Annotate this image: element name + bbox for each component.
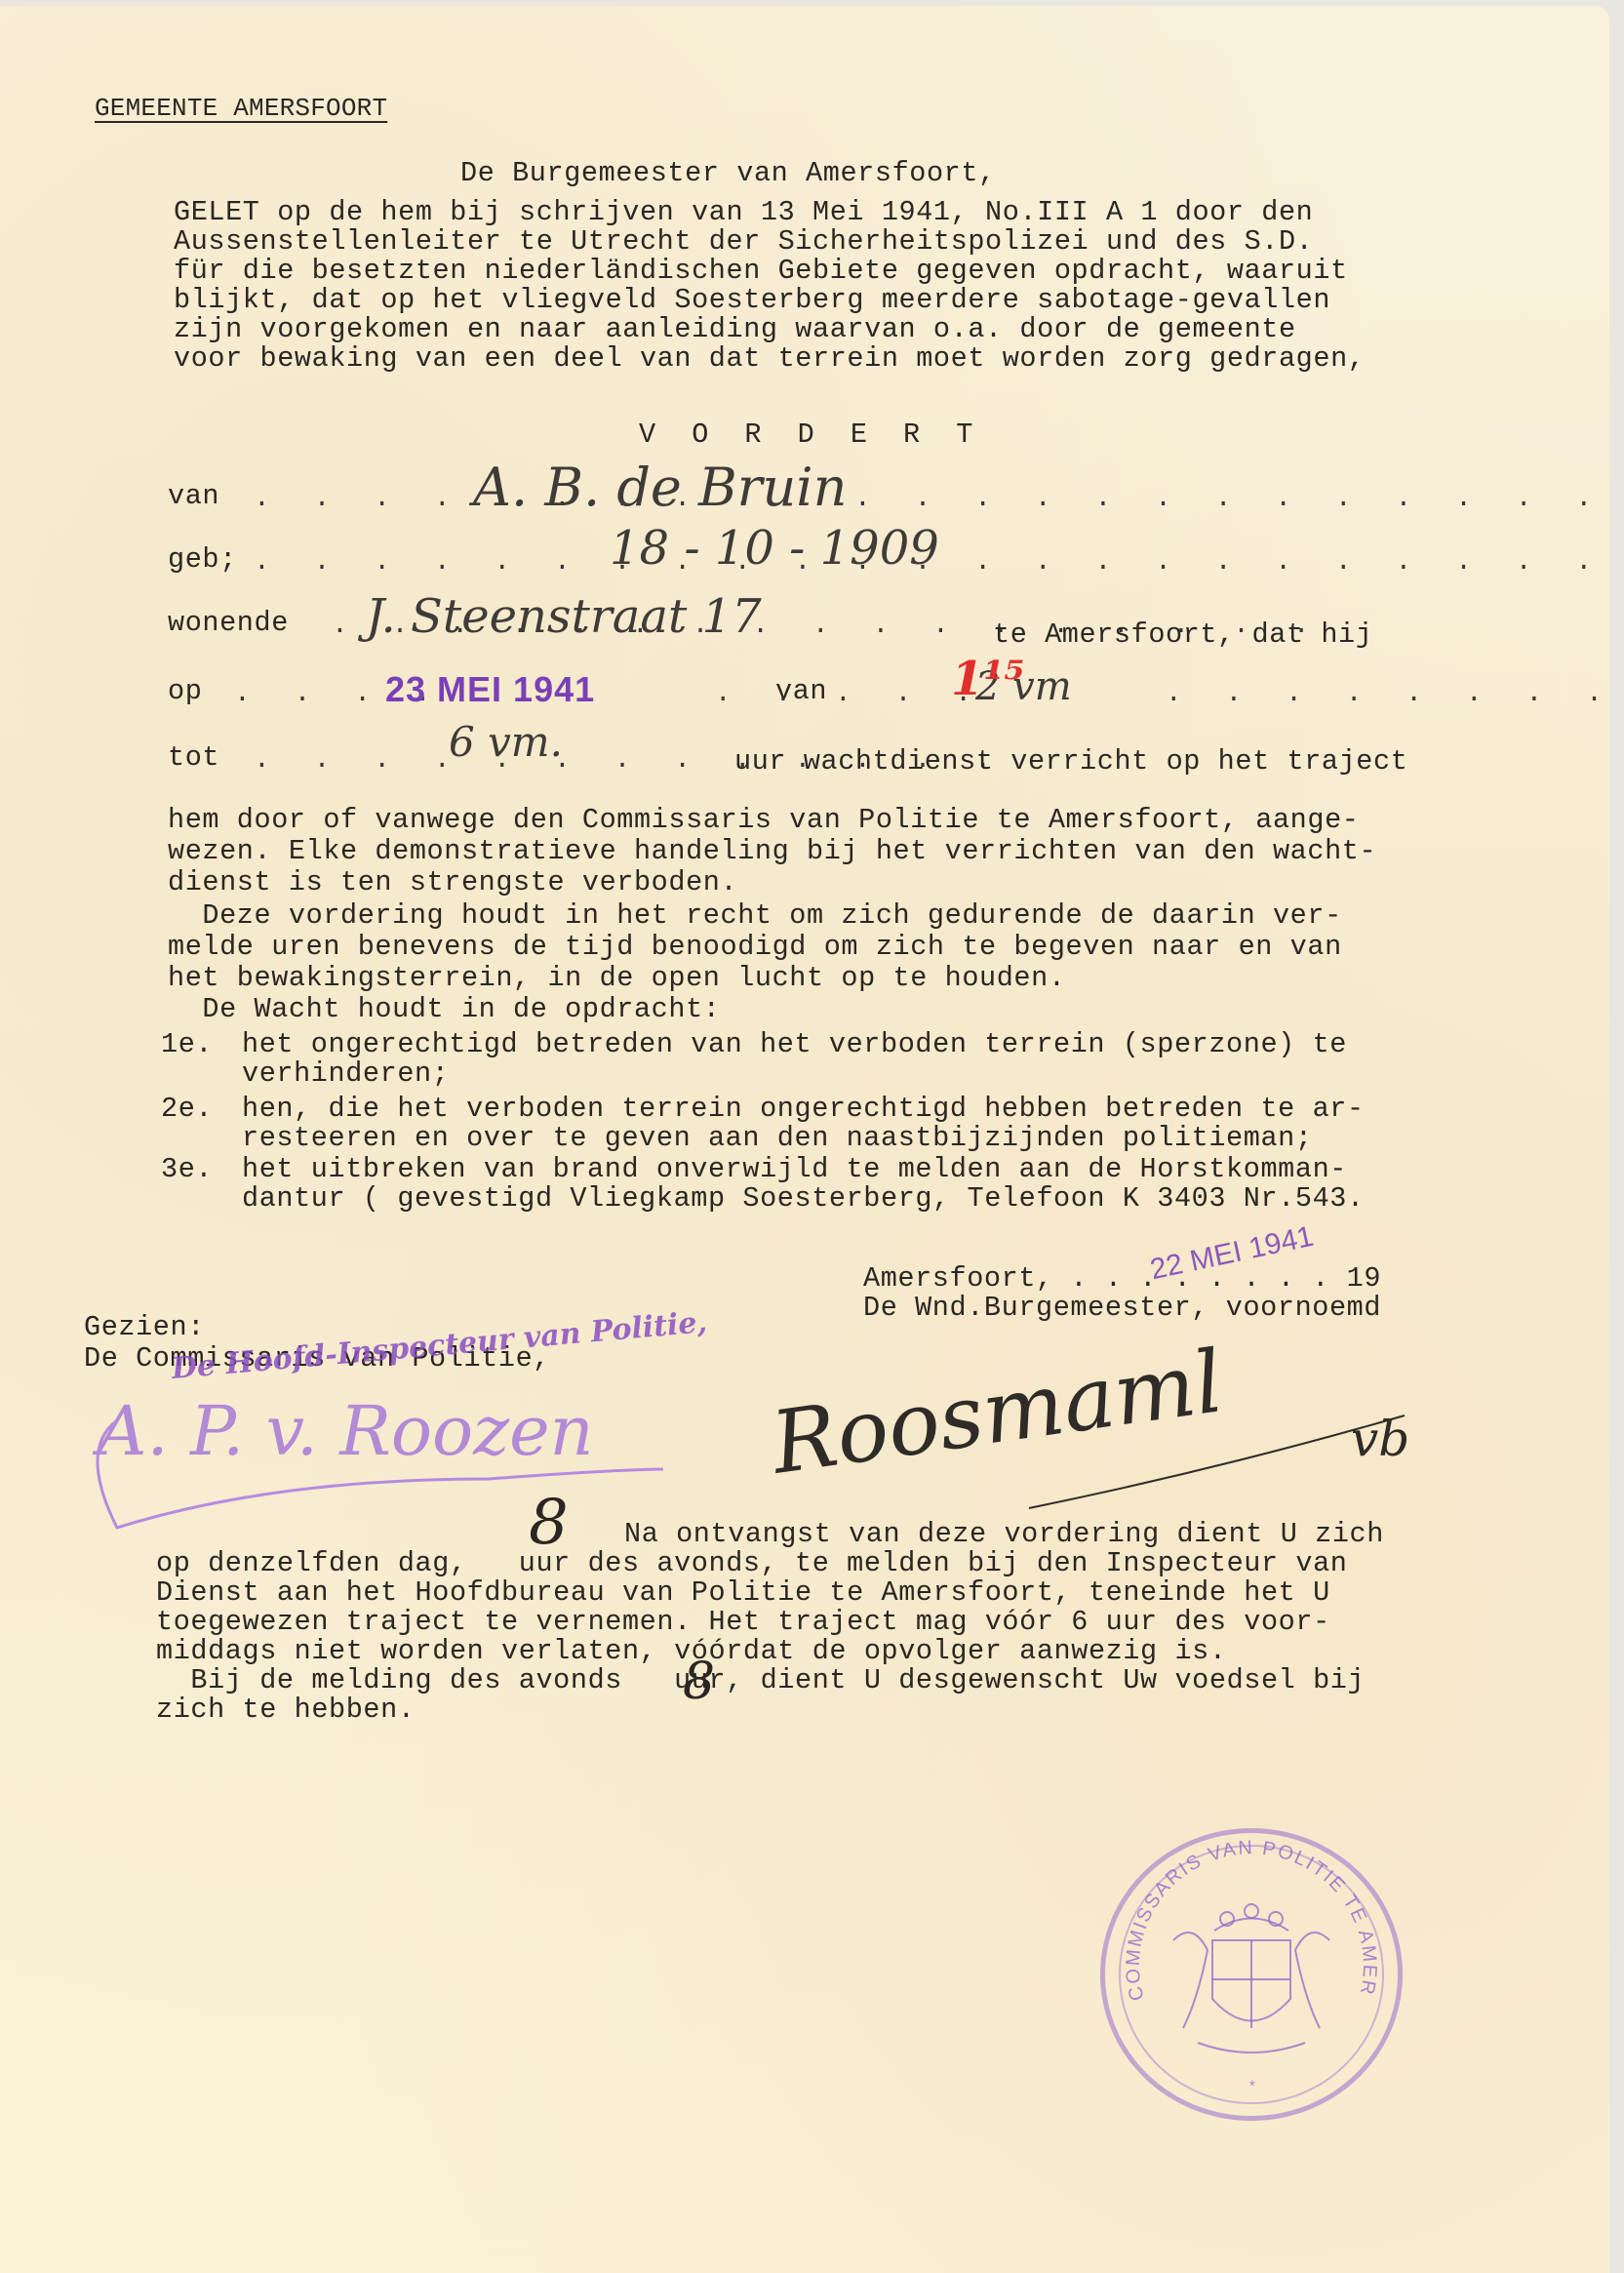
wonende-label: wonende — [168, 609, 289, 638]
instruction-line: Bij de melding des avonds uur, dient U d… — [156, 1666, 1365, 1695]
body-line: hem door of vanwege den Commissaris van … — [168, 806, 1360, 835]
tot-label: tot — [168, 743, 219, 773]
police-seal: COMMISSARIS VAN POLITIE TE AMERSFOORT * — [1100, 1828, 1403, 2121]
geb-label: geb; — [168, 545, 237, 575]
instruction-line: Dienst aan het Hoofdbureau van Politie t… — [156, 1578, 1330, 1608]
duty-line: resteeren en over te geven aan den naast… — [242, 1124, 1313, 1153]
tot-suffix: uur wachtdienst verricht op het traject — [734, 747, 1407, 777]
seal-text: COMMISSARIS VAN POLITIE TE AMERSFOORT — [1105, 1833, 1380, 2003]
preamble-line: GELET op de hem bij schrijven van 13 Mei… — [174, 198, 1313, 227]
body-line: wezen. Elke demonstratieve handeling bij… — [168, 837, 1376, 866]
place-date-line: Amersfoort, . . . . . . . . 19 — [863, 1264, 1381, 1294]
body-line: het bewakingsterrein, in de open lucht o… — [168, 964, 1066, 993]
hour-handwritten-2: 8 — [683, 1653, 715, 1711]
duty-line: hen, die het verboden terrein ongerechti… — [242, 1095, 1365, 1124]
preamble-line: blijkt, dat op het vliegveld Soesterberg… — [174, 286, 1330, 315]
preamble-line: für die besetzten niederländischen Gebie… — [174, 257, 1348, 286]
preamble-line: voor bewaking van een deel van dat terre… — [174, 344, 1366, 374]
duty-line: verhinderen; — [242, 1059, 449, 1089]
date-stamp-23-mei: 23 MEI 1941 — [385, 669, 595, 710]
instruction-line: op denzelfden dag, uur des avonds, te me… — [156, 1549, 1348, 1578]
seen-label: Gezien: — [84, 1313, 205, 1342]
duty-line: het ongerechtigd betreden van het verbod… — [242, 1030, 1347, 1059]
document-page: GEMEENTE AMERSFOORT De Burgemeester van … — [0, 6, 1609, 2273]
body-line: melde uren benevens de tijd benoodigd om… — [168, 933, 1342, 962]
start-time-red-correction: 1¹⁵ — [951, 652, 1024, 706]
duties-intro: De Wacht houdt in de opdracht: — [168, 995, 721, 1024]
vordert-title: V O R D E R T — [639, 420, 982, 450]
van-label: van — [168, 482, 219, 511]
municipality-heading: GEMEENTE AMERSFOORT — [95, 94, 387, 123]
inspector-signature-flourish — [78, 1391, 683, 1537]
address-handwritten: J. Steenstraat 17 — [366, 589, 762, 644]
birthdate-handwritten: 18 - 10 - 1909 — [610, 521, 939, 576]
instruction-line: zich te hebben. — [156, 1695, 416, 1725]
name-handwritten: A. B. de Bruin — [473, 457, 847, 518]
duty-number: 2e. — [161, 1095, 213, 1124]
signature-underline — [1024, 1411, 1414, 1518]
duty-line: dantur ( gevestigd Vliegkamp Soesterberg… — [242, 1184, 1365, 1214]
coat-of-arms-icon: COMMISSARIS VAN POLITIE TE AMERSFOORT * — [1105, 1833, 1398, 2116]
instruction-line: Na ontvangst van deze vordering dient U … — [624, 1520, 1384, 1549]
preamble-line: Aussenstellenleiter te Utrecht der Siche… — [174, 227, 1313, 257]
op-label: op — [168, 677, 202, 706]
duty-number: 3e. — [161, 1155, 213, 1184]
dotted-leader: . . . . . . . . . . . . . . . . . . . . … — [254, 484, 1624, 514]
svg-text:COMMISSARIS VAN POLITIE TE AME: COMMISSARIS VAN POLITIE TE AMERSFOORT — [1105, 1833, 1380, 2003]
wonende-suffix: te Amersfoort, dat hij — [993, 620, 1372, 650]
instruction-line: toegewezen traject te vernemen. Het traj… — [156, 1608, 1330, 1637]
preamble-line: zijn voorgekomen en naar aanleiding waar… — [174, 315, 1296, 344]
body-line: dienst is ten strengste verboden. — [168, 868, 737, 897]
end-time-handwritten: 6 vm. — [449, 718, 563, 766]
op-van-label: van — [775, 677, 827, 706]
svg-text:*: * — [1248, 2079, 1257, 2096]
addressee: De Burgemeester van Amersfoort, — [460, 159, 996, 188]
duty-number: 1e. — [161, 1030, 213, 1059]
mayor-role: De Wnd.Burgemeester, voornoemd — [863, 1294, 1381, 1323]
body-line: Deze vordering houdt in het recht om zic… — [168, 901, 1342, 931]
duty-line: het uitbreken van brand onverwijld te me… — [242, 1155, 1347, 1184]
